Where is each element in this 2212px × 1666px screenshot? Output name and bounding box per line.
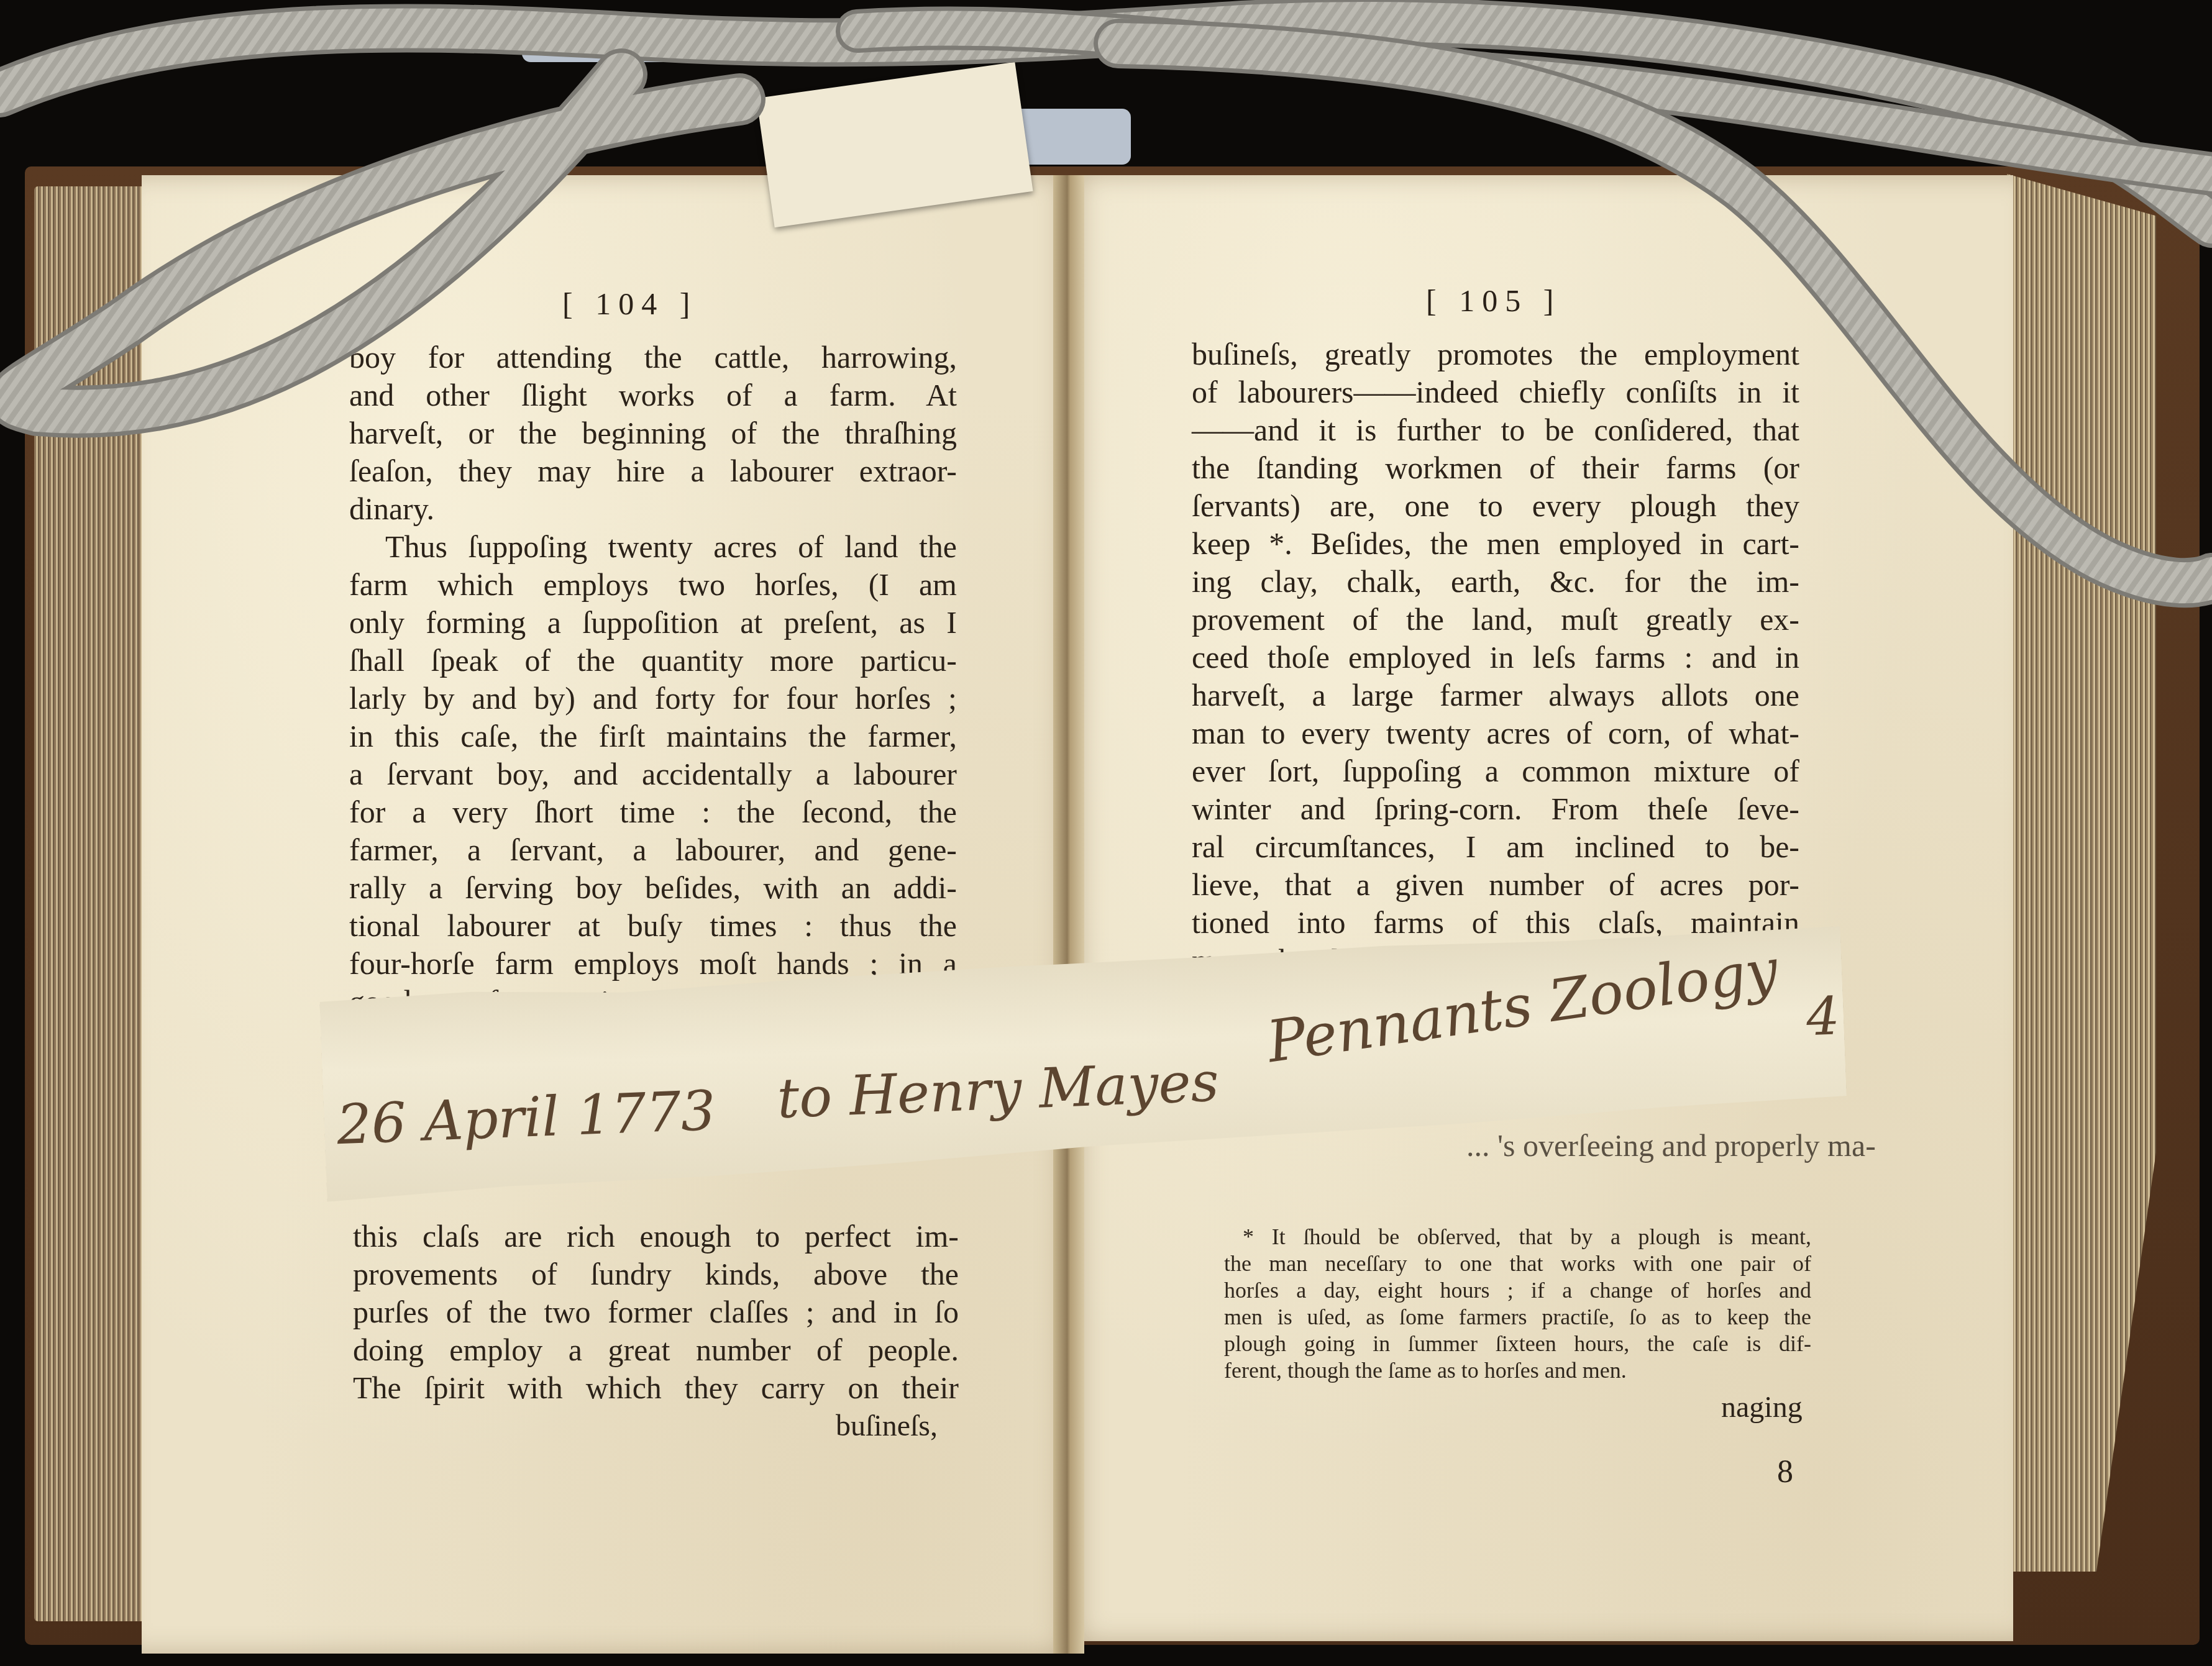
binding-cord — [0, 0, 2212, 1666]
book-photograph: [ 104 ] boy for attending the cattle, ha… — [0, 0, 2212, 1666]
